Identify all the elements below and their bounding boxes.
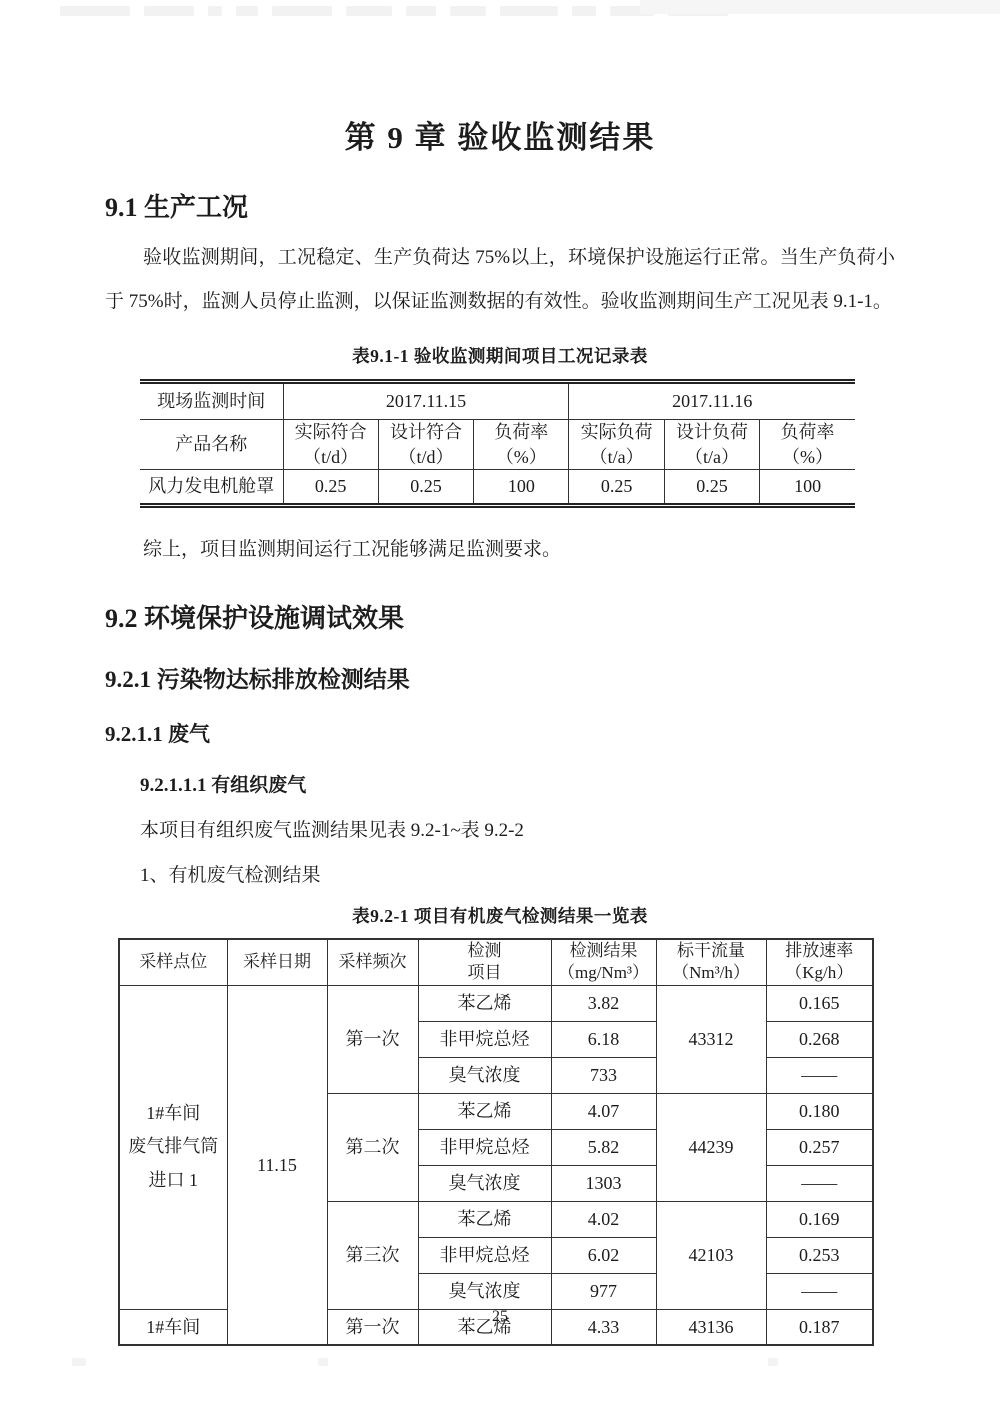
frequency-cell: 第二次 bbox=[327, 1093, 418, 1201]
rate-cell: —— bbox=[766, 1273, 873, 1309]
flow-cell: 42103 bbox=[656, 1201, 766, 1309]
table-9-1-1-caption: 表9.1-1 验收监测期间项目工况记录表 bbox=[105, 343, 895, 368]
item-cell: 苯乙烯 bbox=[418, 1093, 551, 1129]
document-page: 第 9 章 验收监测结果 9.1 生产工况 验收监测期间，工况稳定、生产负荷达 … bbox=[0, 0, 1000, 1413]
value-cell: 100 bbox=[760, 470, 855, 506]
result-cell: 1303 bbox=[551, 1165, 656, 1201]
value-cell: 0.25 bbox=[664, 470, 759, 506]
table-9-2-1-caption: 表9.2-1 项目有机废气检测结果一览表 bbox=[105, 903, 895, 928]
section-heading-9-2: 9.2 环境保护设施调试效果 bbox=[105, 598, 895, 635]
section-heading-9-2-1: 9.2.1 污染物达标排放检测结果 bbox=[105, 661, 895, 694]
section-heading-9-2-1-1: 9.2.1.1 废气 bbox=[105, 718, 895, 748]
rate-cell: 0.257 bbox=[766, 1129, 873, 1165]
column-header-cell: 标干流量 （Nm³/h） bbox=[656, 939, 766, 985]
value-cell: 100 bbox=[474, 470, 569, 506]
section-heading-9-2-1-1-1: 9.2.1.1.1 有组织废气 bbox=[140, 770, 895, 797]
paragraph-summary: 综上，项目监测期间运行工况能够满足监测要求。 bbox=[105, 528, 895, 572]
result-cell: 6.18 bbox=[551, 1021, 656, 1057]
column-header-cell: 负荷率 （%） bbox=[474, 420, 569, 470]
column-header-cell: 设计负荷 （t/a） bbox=[664, 420, 759, 470]
scan-artifact bbox=[72, 1358, 86, 1366]
scan-artifact bbox=[768, 1358, 778, 1366]
rate-cell: 0.165 bbox=[766, 985, 873, 1021]
section-heading-9-1: 9.1 生产工况 bbox=[105, 187, 895, 224]
chapter-title: 第 9 章 验收监测结果 bbox=[105, 112, 895, 157]
rate-cell: 0.180 bbox=[766, 1093, 873, 1129]
result-cell: 6.02 bbox=[551, 1237, 656, 1273]
rate-cell: 0.268 bbox=[766, 1021, 873, 1057]
item-cell: 非甲烷总烃 bbox=[418, 1021, 551, 1057]
intro-text: 本项目有组织废气监测结果见表 9.2-1~表 9.2-2 bbox=[140, 815, 895, 842]
frequency-cell: 第三次 bbox=[327, 1201, 418, 1309]
item-cell: 臭气浓度 bbox=[418, 1273, 551, 1309]
column-header-cell: 实际负荷 （t/a） bbox=[569, 420, 664, 470]
table-row: 风力发电机舱罩 0.25 0.25 100 0.25 0.25 100 bbox=[140, 470, 855, 506]
value-cell: 0.25 bbox=[283, 470, 378, 506]
column-header-cell: 排放速率 （Kg/h） bbox=[766, 939, 873, 985]
monitor-time-label-cell: 现场监测时间 bbox=[140, 382, 283, 420]
scan-artifact bbox=[640, 0, 1000, 14]
result-cell: 733 bbox=[551, 1057, 656, 1093]
result-cell: 5.82 bbox=[551, 1129, 656, 1165]
table-9-1-1: 现场监测时间 2017.11.15 2017.11.16 产品名称 实际符合 （… bbox=[140, 379, 855, 508]
list-item-text: 1、有机废气检测结果 bbox=[140, 860, 895, 887]
product-label-cell: 产品名称 bbox=[140, 420, 283, 470]
value-cell: 0.25 bbox=[569, 470, 664, 506]
column-header-cell: 采样点位 bbox=[119, 939, 227, 985]
date-cell: 2017.11.16 bbox=[569, 382, 855, 420]
value-cell: 0.25 bbox=[378, 470, 473, 506]
table-row: 产品名称 实际符合 （t/d） 设计符合 （t/d） 负荷率 （%） 实际负荷 … bbox=[140, 420, 855, 470]
date-cell: 2017.11.15 bbox=[283, 382, 569, 420]
scan-artifact bbox=[318, 1358, 328, 1366]
table-header-row: 采样点位 采样日期 采样频次 检测 项目 检测结果 （mg/Nm³） 标干流量 … bbox=[119, 939, 873, 985]
result-cell: 3.82 bbox=[551, 985, 656, 1021]
column-header-cell: 负荷率 （%） bbox=[760, 420, 855, 470]
column-header-cell: 检测 项目 bbox=[418, 939, 551, 985]
result-cell: 977 bbox=[551, 1273, 656, 1309]
table-row: 现场监测时间 2017.11.15 2017.11.16 bbox=[140, 382, 855, 420]
table-9-2-1: 采样点位 采样日期 采样频次 检测 项目 检测结果 （mg/Nm³） 标干流量 … bbox=[118, 938, 874, 1346]
column-header-cell: 采样频次 bbox=[327, 939, 418, 985]
page-number: 25 bbox=[0, 1308, 1000, 1326]
item-cell: 非甲烷总烃 bbox=[418, 1237, 551, 1273]
frequency-cell: 第一次 bbox=[327, 985, 418, 1093]
flow-cell: 43312 bbox=[656, 985, 766, 1093]
table-row: 1#车间 废气排气筒 进口 1 11.15 第一次 苯乙烯 3.82 43312… bbox=[119, 985, 873, 1021]
item-cell: 臭气浓度 bbox=[418, 1057, 551, 1093]
rate-cell: 0.253 bbox=[766, 1237, 873, 1273]
column-header-cell: 采样日期 bbox=[227, 939, 327, 985]
flow-cell: 44239 bbox=[656, 1093, 766, 1201]
product-name-cell: 风力发电机舱罩 bbox=[140, 470, 283, 506]
item-cell: 臭气浓度 bbox=[418, 1165, 551, 1201]
item-cell: 苯乙烯 bbox=[418, 1201, 551, 1237]
item-cell: 非甲烷总烃 bbox=[418, 1129, 551, 1165]
rate-cell: —— bbox=[766, 1165, 873, 1201]
column-header-cell: 设计符合 （t/d） bbox=[378, 420, 473, 470]
column-header-cell: 实际符合 （t/d） bbox=[283, 420, 378, 470]
rate-cell: 0.169 bbox=[766, 1201, 873, 1237]
item-cell: 苯乙烯 bbox=[418, 985, 551, 1021]
sample-site-cell: 1#车间 废气排气筒 进口 1 bbox=[119, 985, 227, 1309]
paragraph-production-status: 验收监测期间，工况稳定、生产负荷达 75%以上，环境保护设施运行正常。当生产负荷… bbox=[105, 236, 895, 324]
column-header-cell: 检测结果 （mg/Nm³） bbox=[551, 939, 656, 985]
sample-date-cell: 11.15 bbox=[227, 985, 327, 1345]
result-cell: 4.02 bbox=[551, 1201, 656, 1237]
rate-cell: —— bbox=[766, 1057, 873, 1093]
result-cell: 4.07 bbox=[551, 1093, 656, 1129]
